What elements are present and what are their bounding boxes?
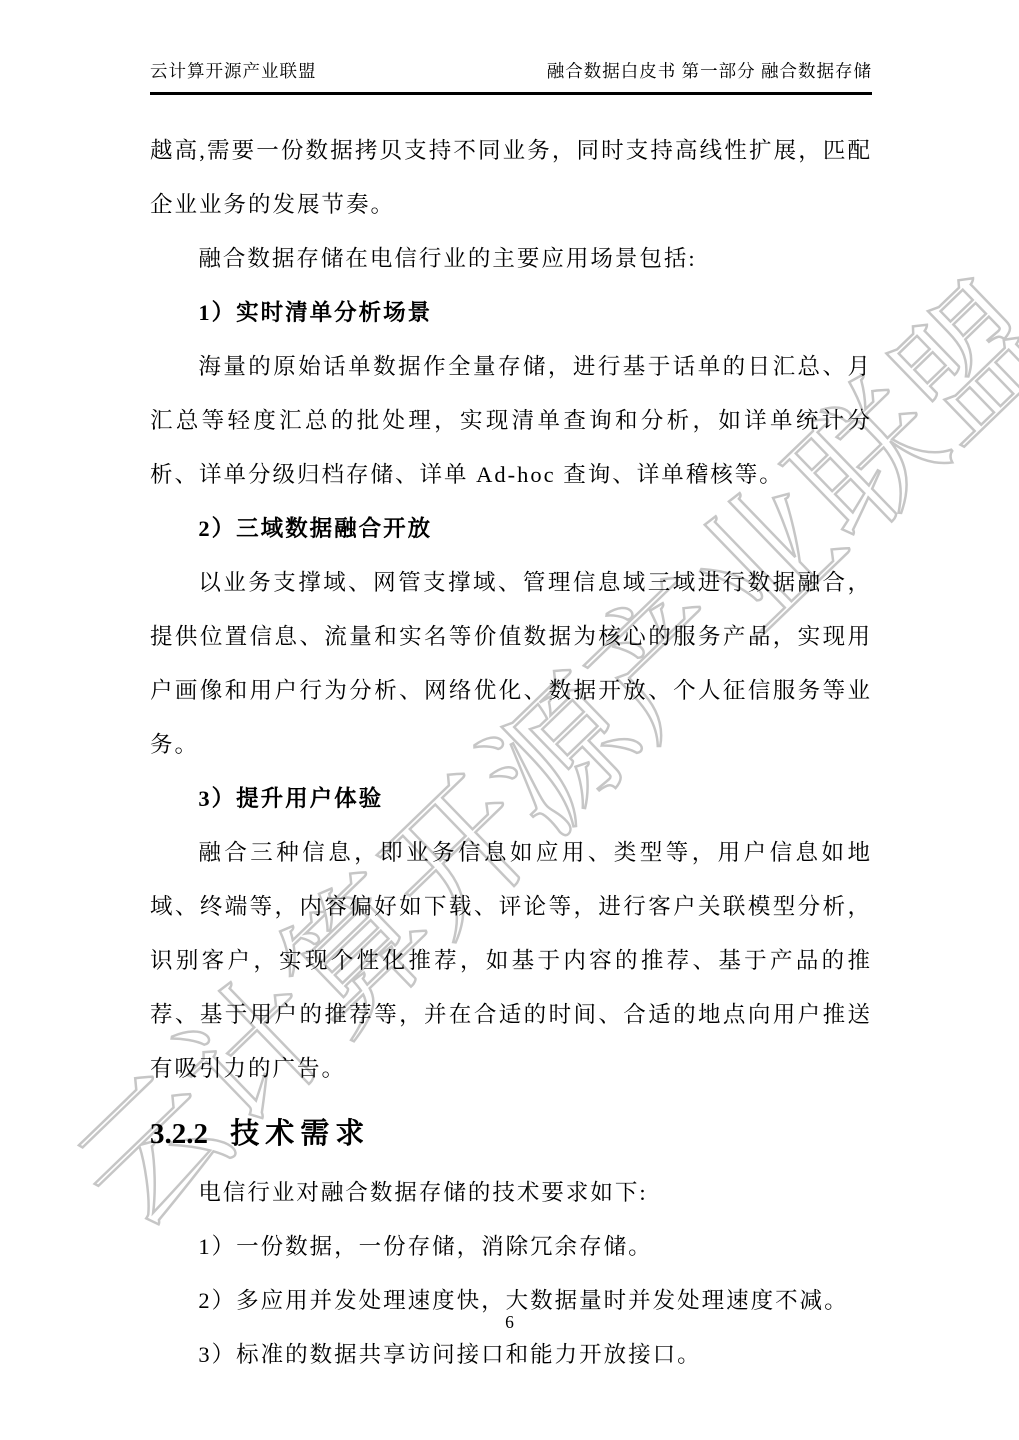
- document-body: 越高,需要一份数据拷贝支持不同业务，同时支持高线性扩展，匹配企业业务的发展节奏。…: [150, 124, 872, 1382]
- tech-intro: 电信行业对融合数据存储的技术要求如下:: [150, 1166, 872, 1220]
- scene-1-body: 海量的原始话单数据作全量存储，进行基于话单的日汇总、月汇总等轻度汇总的批处理，实…: [150, 340, 872, 502]
- section-title: 技术需求: [230, 1118, 370, 1150]
- scene-2-heading: 2）三域数据融合开放: [150, 502, 872, 556]
- section-number: 3.2.2: [150, 1118, 208, 1150]
- scene-3-body: 融合三种信息，即业务信息如应用、类型等，用户信息如地域、终端等，内容偏好如下载、…: [150, 826, 872, 1096]
- scene-2-body: 以业务支撑域、网管支撑域、管理信息域三域进行数据融合，提供位置信息、流量和实名等…: [150, 556, 872, 772]
- page-number: 6: [505, 1312, 514, 1332]
- scene-1-heading: 1）实时清单分析场景: [150, 286, 872, 340]
- page-header: 云计算开源产业联盟 融合数据白皮书 第一部分 融合数据存储: [150, 58, 872, 95]
- document-page: 云计算开源产业联盟 云计算开源产业联盟 融合数据白皮书 第一部分 融合数据存储 …: [0, 0, 1019, 1440]
- section-heading-3-2-2: 3.2.2 技术需求: [150, 1102, 872, 1166]
- page-footer: 6: [0, 1312, 1019, 1333]
- paragraph-scenes-intro: 融合数据存储在电信行业的主要应用场景包括:: [150, 232, 872, 286]
- paragraph-continued: 越高,需要一份数据拷贝支持不同业务，同时支持高线性扩展，匹配企业业务的发展节奏。: [150, 124, 872, 232]
- header-doc-title: 融合数据白皮书 第一部分 融合数据存储: [547, 58, 872, 83]
- requirement-item-1: 1）一份数据，一份存储，消除冗余存储。: [150, 1220, 872, 1274]
- header-org-name: 云计算开源产业联盟: [150, 58, 317, 83]
- scene-3-heading: 3）提升用户体验: [150, 772, 872, 826]
- requirement-item-3: 3）标准的数据共享访问接口和能力开放接口。: [150, 1328, 872, 1382]
